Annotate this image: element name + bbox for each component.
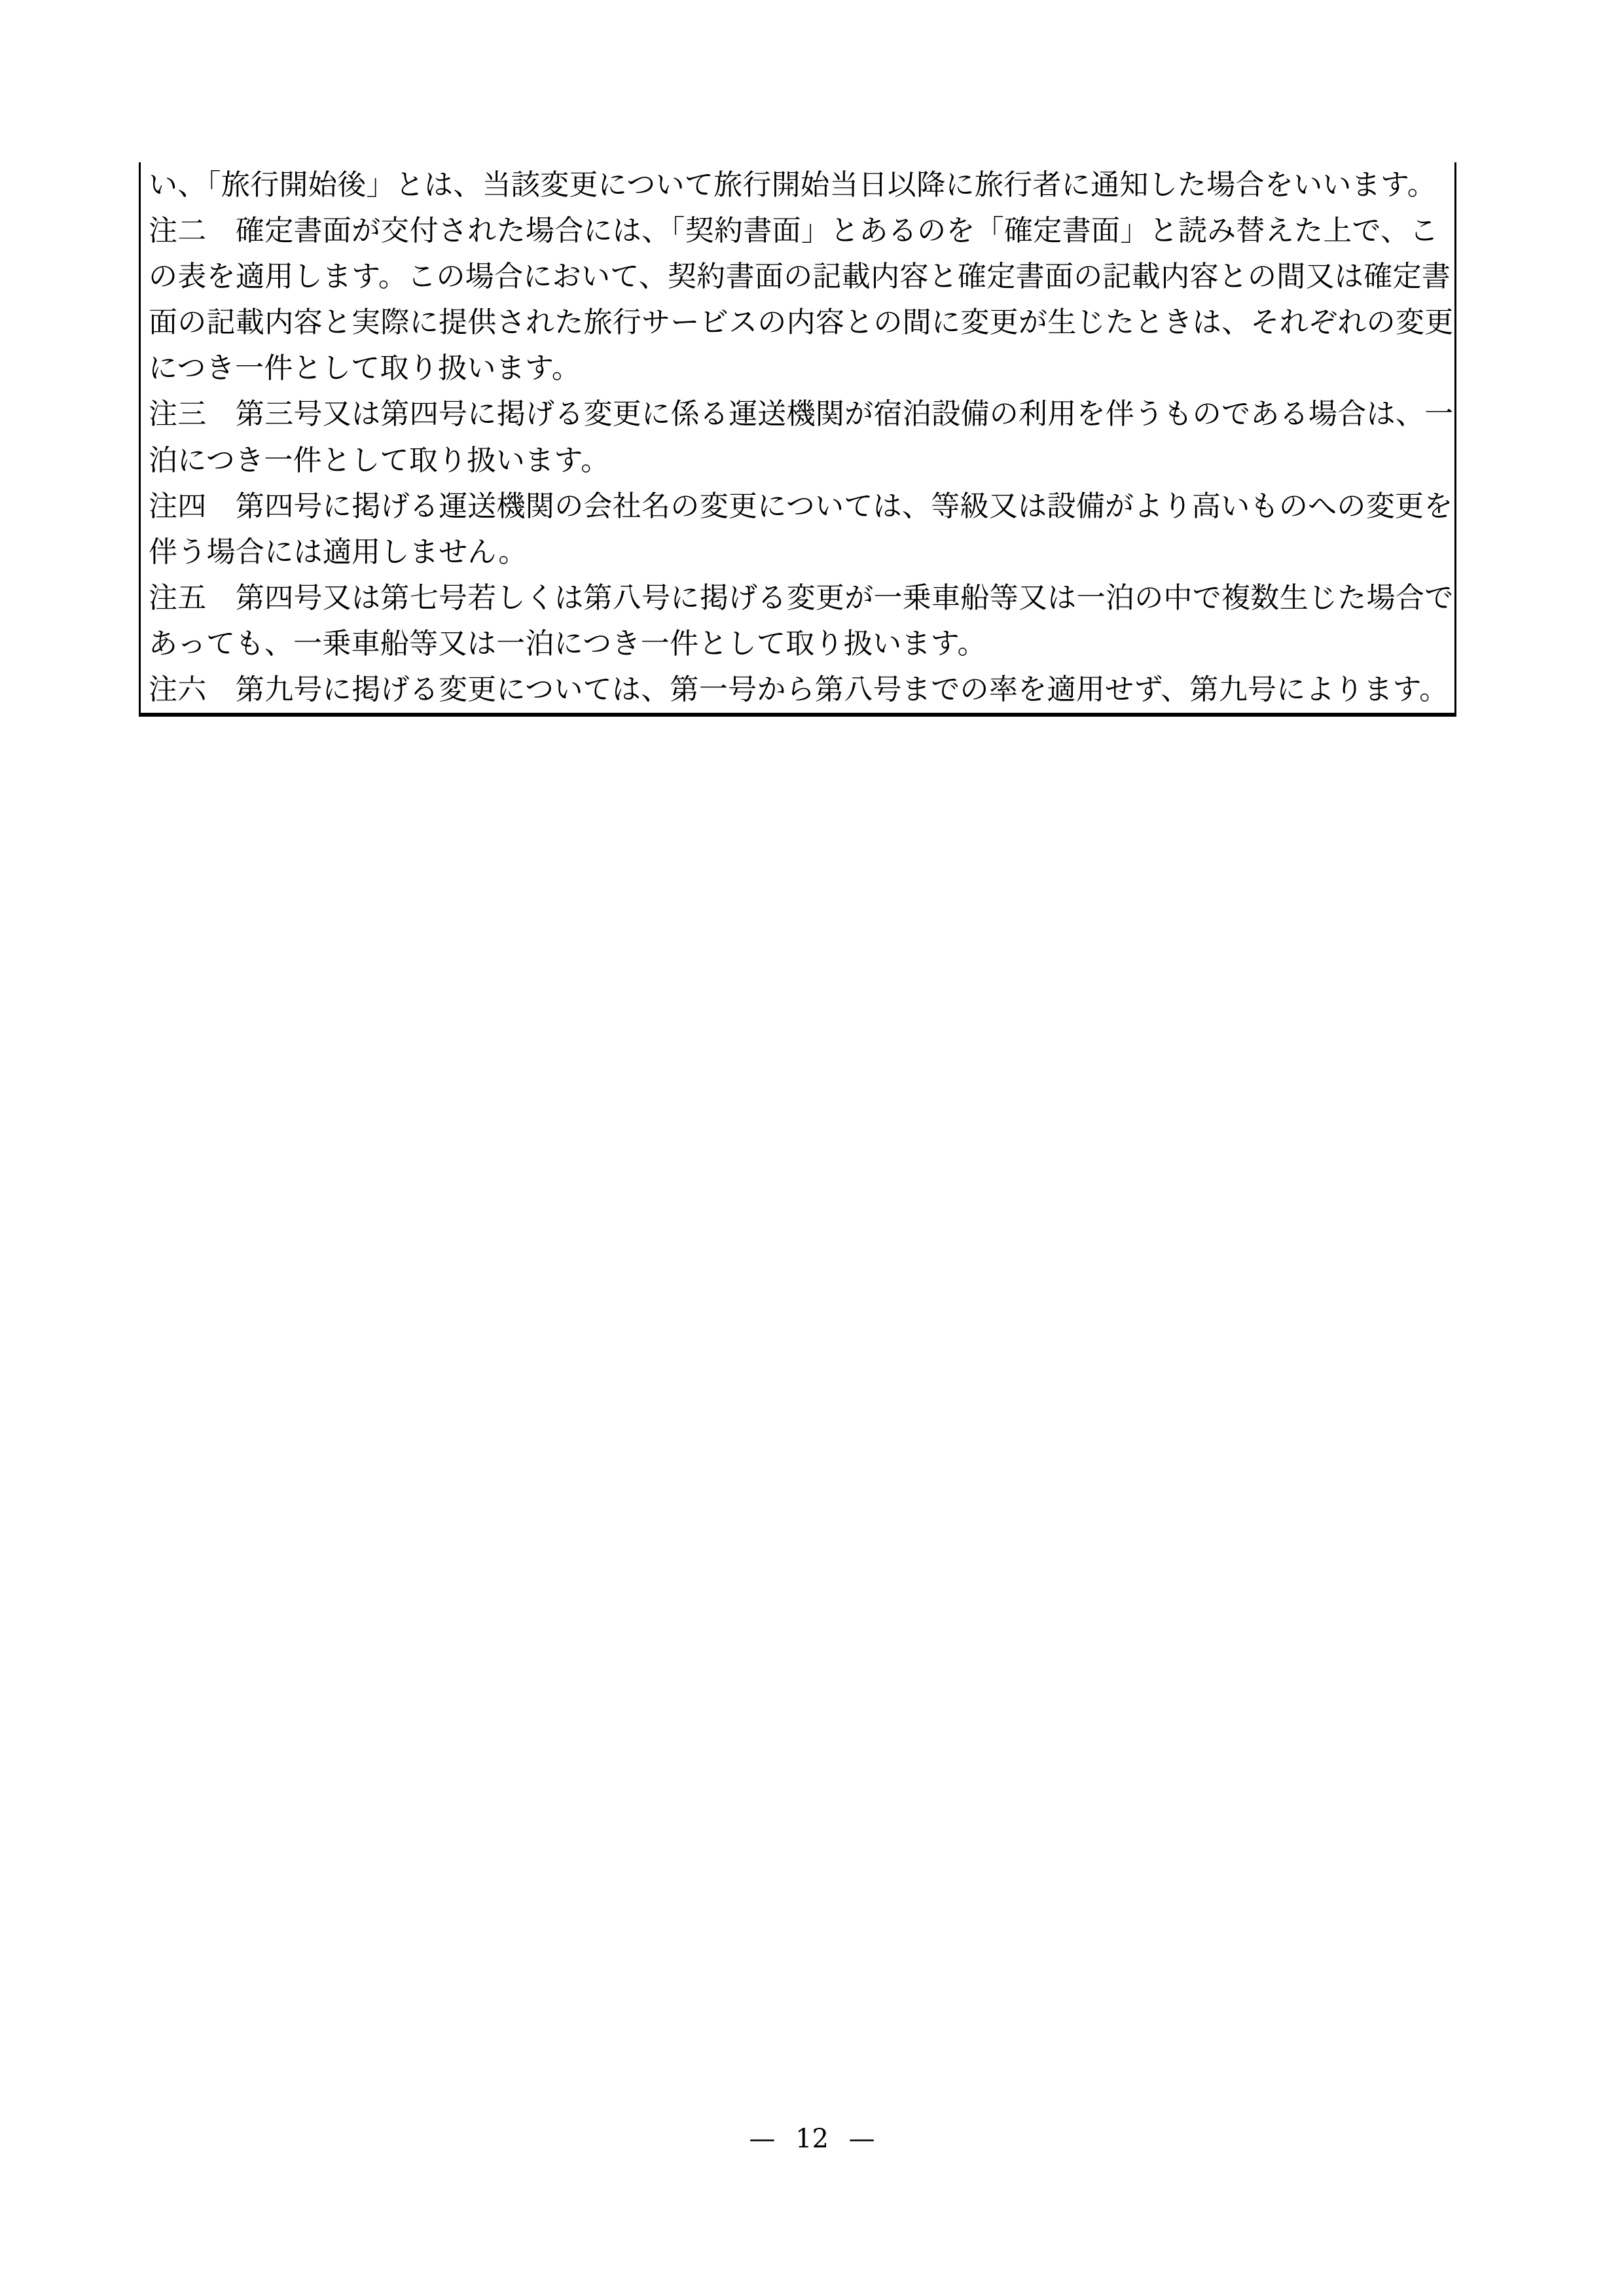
note-line: の表を適用します。この場合において、契約書面の記載内容と確定書面の記載内容との間… xyxy=(149,254,1447,300)
note-line: 注六 第九号に掲げる変更については、第一号から第八号までの率を適用せず、第九号に… xyxy=(149,667,1447,713)
note-line: 面の記載内容と実際に提供された旅行サービスの内容との間に変更が生じたときは、それ… xyxy=(149,300,1447,346)
note-line: 注二 確定書面が交付された場合には、「契約書面」とあるのを「確定書面」と読み替え… xyxy=(149,208,1447,254)
note-line: 注四 第四号に掲げる運送機関の会社名の変更については、等級又は設備がより高いもの… xyxy=(149,484,1447,529)
page-number: — 12 — xyxy=(0,2126,1624,2152)
notes-table-continuation: い、「旅行開始後」とは、当該変更について旅行開始当日以降に旅行者に通知した場合を… xyxy=(139,162,1456,717)
note-line: 注三 第三号又は第四号に掲げる変更に係る運送機関が宿泊設備の利用を伴うものである… xyxy=(149,391,1447,437)
note-line: 泊につき一件として取り扱います。 xyxy=(149,438,1447,484)
document-page: い、「旅行開始後」とは、当該変更について旅行開始当日以降に旅行者に通知した場合を… xyxy=(0,0,1624,2296)
note-line: あっても、一乗車船等又は一泊につき一件として取り扱います。 xyxy=(149,621,1447,667)
note-line: い、「旅行開始後」とは、当該変更について旅行開始当日以降に旅行者に通知した場合を… xyxy=(149,162,1447,208)
note-line: 伴う場合には適用しません。 xyxy=(149,529,1447,575)
note-line: につき一件として取り扱います。 xyxy=(149,346,1447,391)
note-line: 注五 第四号又は第七号若しくは第八号に掲げる変更が一乗車船等又は一泊の中で複数生… xyxy=(149,575,1447,621)
